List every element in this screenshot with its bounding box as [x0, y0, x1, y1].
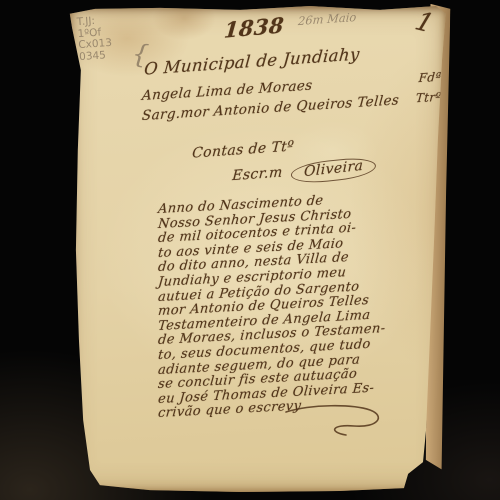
archival-pencil-marks: T.JJ: 1ºOf Cx013 0345: [76, 15, 113, 63]
folio-number: 1: [411, 7, 438, 39]
body-paragraph: Anno do Nascimento de Nosso Senhor Jesus…: [158, 203, 408, 422]
clerk-label: Escr.m: [232, 164, 284, 184]
pencil-date-note: 26m Maio: [298, 10, 357, 28]
case-type-line: Contas de Ttº: [192, 138, 295, 161]
year-heading: 1838: [223, 12, 285, 43]
photo-canvas: T.JJ: 1ºOf Cx013 0345 { 1838 26m Maio 1 …: [0, 0, 500, 500]
manuscript-page: T.JJ: 1ºOf Cx013 0345 { 1838 26m Maio 1 …: [66, 4, 447, 494]
court-heading: O Municipal de Jundiahy: [143, 44, 360, 78]
executor-role-abbrev: Ttrº: [415, 90, 442, 108]
deceased-role-abbrev: Fdª: [418, 70, 442, 88]
signature-flourish: [282, 402, 392, 438]
clerk-line: Escr.m Oliveira: [231, 157, 377, 188]
clerk-name-circled: Oliveira: [291, 155, 377, 185]
archival-mark-line4: 0345: [79, 49, 113, 63]
